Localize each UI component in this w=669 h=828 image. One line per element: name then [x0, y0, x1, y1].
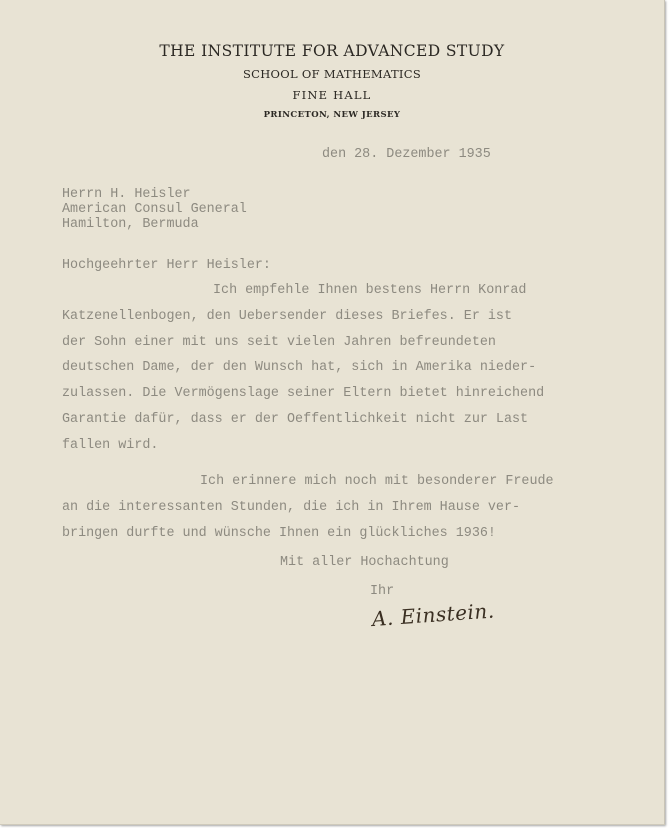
paragraph-2-line: bringen durfte und wünsche Ihnen ein glü… [62, 527, 496, 540]
recipient-name: Herrn H. Heisler [62, 188, 191, 201]
paragraph-2-line: an die interessanten Stunden, die ich in… [62, 501, 520, 514]
letterhead-building: FINE HALL [0, 88, 664, 102]
paragraph-1-line: zulassen. Die Vermögenslage seiner Elter… [62, 387, 544, 400]
recipient-location: Hamilton, Bermuda [62, 218, 199, 231]
letter-page: THE INSTITUTE FOR ADVANCED STUDY SCHOOL … [0, 0, 665, 825]
paragraph-1-line: Katzenellenbogen, den Uebersender dieses… [62, 310, 512, 323]
paragraph-2-line: Ich erinnere mich noch mit besonderer Fr… [200, 475, 554, 488]
letterhead-location: PRINCETON, NEW JERSEY [0, 110, 664, 120]
paragraph-1-line: Garantie dafür, dass er der Oeffentlichk… [62, 413, 528, 426]
paragraph-1-line: fallen wird. [62, 439, 158, 452]
letter-date: den 28. Dezember 1935 [322, 148, 491, 161]
paragraph-1-line: deutschen Dame, der den Wunsch hat, sich… [62, 361, 536, 374]
salutation: Hochgeehrter Herr Heisler: [62, 259, 271, 272]
paragraph-1-line: Ich empfehle Ihnen bestens Herrn Konrad [213, 284, 526, 297]
recipient-title: American Consul General [62, 203, 247, 216]
paragraph-1-line: der Sohn einer mit uns seit vielen Jahre… [62, 336, 496, 349]
closing-phrase: Mit aller Hochachtung [280, 556, 449, 569]
letterhead-institution: THE INSTITUTE FOR ADVANCED STUDY [0, 42, 664, 60]
closing-pronoun: Ihr [370, 585, 394, 598]
letterhead-school: SCHOOL OF MATHEMATICS [0, 67, 664, 81]
handwritten-signature: A. Einstein. [371, 598, 495, 631]
